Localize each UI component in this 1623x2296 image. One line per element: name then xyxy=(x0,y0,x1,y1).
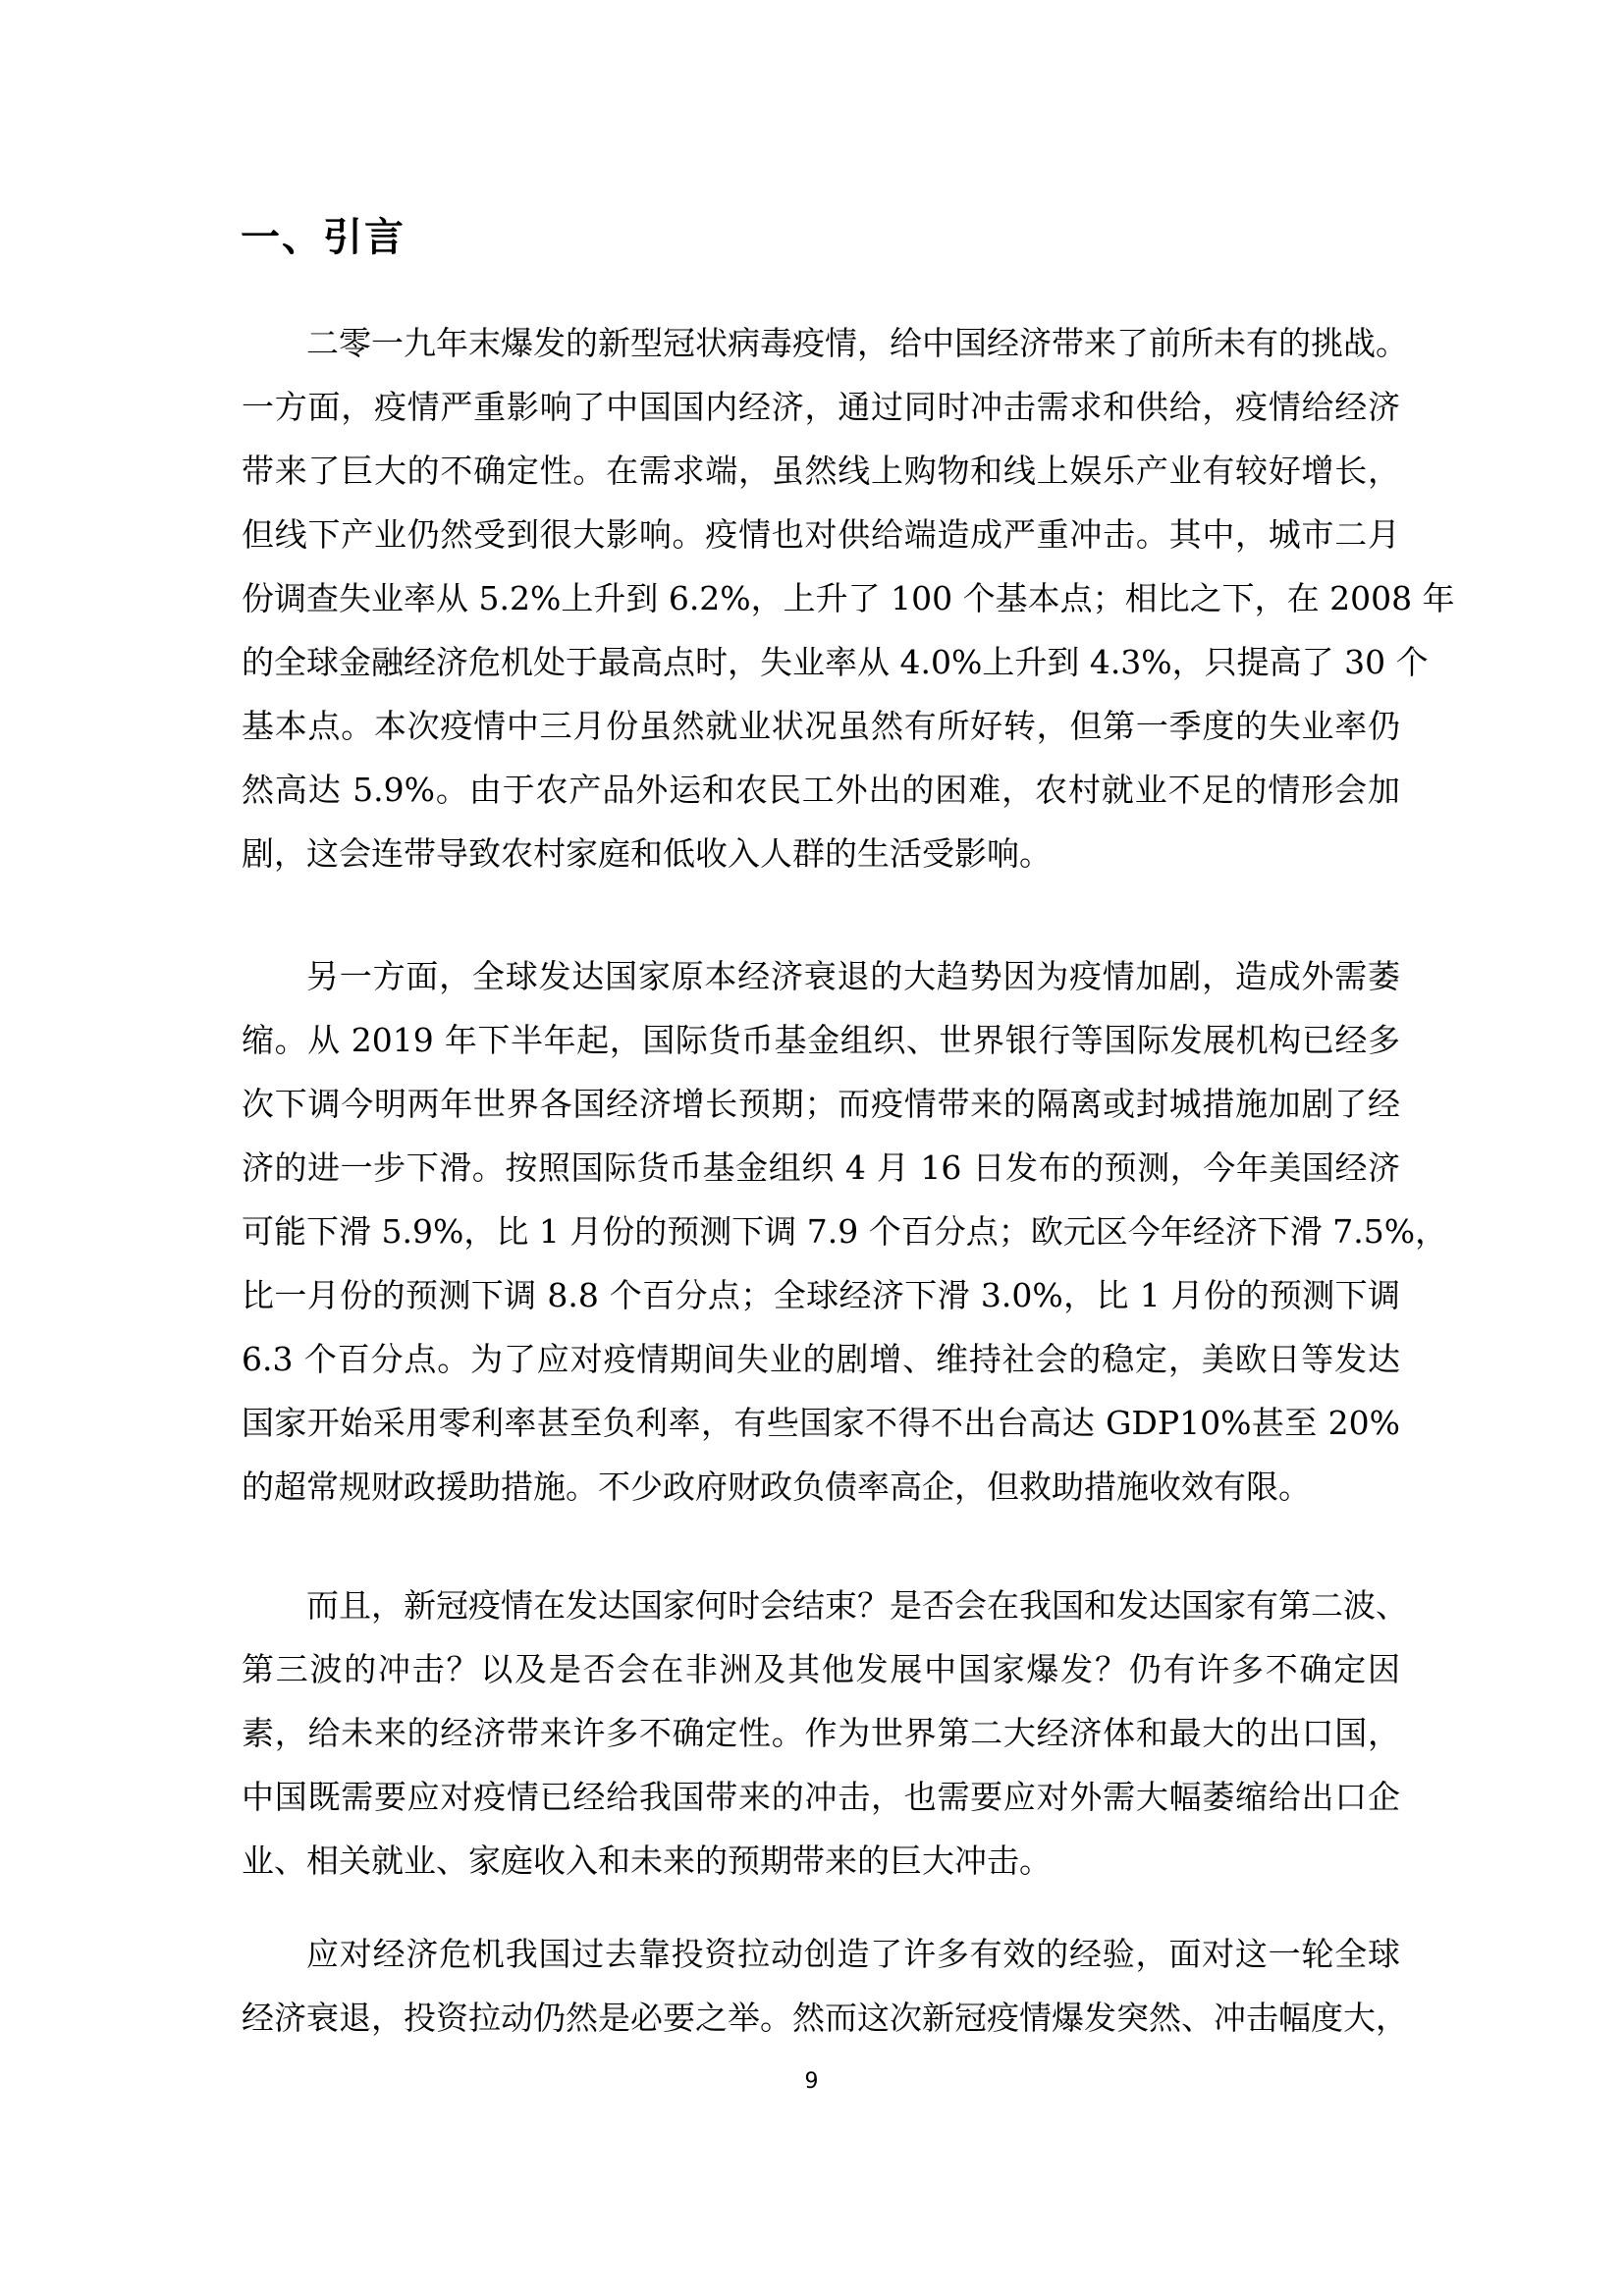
text-line: 比一月份的预测下调 8.8 个百分点；全球经济下滑 3.0%，比 1 月份的预测… xyxy=(242,1263,1400,1327)
text-line: 剧，这会连带导致农村家庭和低收入人群的生活受影响。 xyxy=(242,822,1400,885)
text-line: 济的进一步下滑。按照国际货币基金组织 4 月 16 日发布的预测，今年美国经济 xyxy=(242,1136,1400,1200)
text-line: 应对经济危机我国过去靠投资拉动创造了许多有效的经验，面对这一轮全球 xyxy=(242,1922,1400,1986)
text-line: 带来了巨大的不确定性。在需求端，虽然线上购物和线上娱乐产业有较好增长， xyxy=(242,439,1400,503)
text-line: 然高达 5.9%。由于农产品外运和农民工外出的困难，农村就业不足的情形会加 xyxy=(242,758,1400,822)
page-number: 9 xyxy=(0,2069,1623,2094)
paragraph-1: 二零一九年末爆发的新型冠状病毒疫情，给中国经济带来了前所未有的挑战。 一方面，疫… xyxy=(242,311,1400,885)
text-line: 可能下滑 5.9%，比 1 月份的预测下调 7.9 个百分点；欧元区今年经济下滑… xyxy=(242,1200,1400,1263)
text-line: 6.3 个百分点。为了应对疫情期间失业的剧增、维持社会的稳定，美欧日等发达 xyxy=(242,1327,1400,1391)
paragraph-4: 应对经济危机我国过去靠投资拉动创造了许多有效的经验，面对这一轮全球 经济衰退，投… xyxy=(242,1922,1400,2050)
text-line: 份调查失业率从 5.2%上升到 6.2%，上升了 100 个基本点；相比之下，在… xyxy=(242,566,1400,630)
text-line: 第三波的冲击？以及是否会在非洲及其他发展中国家爆发？仍有许多不确定因 xyxy=(242,1637,1400,1701)
text-line: 另一方面，全球发达国家原本经济衰退的大趋势因为疫情加剧，造成外需萎 xyxy=(242,944,1400,1008)
text-line: 而且，新冠疫情在发达国家何时会结束？是否会在我国和发达国家有第二波、 xyxy=(242,1574,1400,1637)
document-page: 一、引言 二零一九年末爆发的新型冠状病毒疫情，给中国经济带来了前所未有的挑战。 … xyxy=(0,0,1623,2296)
text-line: 缩。从 2019 年下半年起，国际货币基金组织、世界银行等国际发展机构已经多 xyxy=(242,1008,1400,1072)
paragraph-3: 而且，新冠疫情在发达国家何时会结束？是否会在我国和发达国家有第二波、 第三波的冲… xyxy=(242,1574,1400,1893)
text-line: 的超常规财政援助措施。不少政府财政负债率高企，但救助措施收效有限。 xyxy=(242,1455,1400,1519)
text-line: 业、相关就业、家庭收入和未来的预期带来的巨大冲击。 xyxy=(242,1829,1400,1893)
section-heading: 一、引言 xyxy=(241,208,406,267)
text-line: 基本点。本次疫情中三月份虽然就业状况虽然有所好转，但第一季度的失业率仍 xyxy=(242,694,1400,758)
text-line: 一方面，疫情严重影响了中国国内经济，通过同时冲击需求和供给，疫情给经济 xyxy=(242,375,1400,439)
text-line: 经济衰退，投资拉动仍然是必要之举。然而这次新冠疫情爆发突然、冲击幅度大， xyxy=(242,1986,1400,2050)
text-line: 中国既需要应对疫情已经给我国带来的冲击，也需要应对外需大幅萎缩给出口企 xyxy=(242,1765,1400,1829)
text-line: 国家开始采用零利率甚至负利率，有些国家不得不出台高达 GDP10%甚至 20% xyxy=(242,1391,1400,1455)
text-line: 次下调今明两年世界各国经济增长预期；而疫情带来的隔离或封城措施加剧了经 xyxy=(242,1072,1400,1136)
text-line: 的全球金融经济危机处于最高点时，失业率从 4.0%上升到 4.3%，只提高了 3… xyxy=(242,630,1400,694)
text-line: 素，给未来的经济带来许多不确定性。作为世界第二大经济体和最大的出口国， xyxy=(242,1701,1400,1765)
text-line: 但线下产业仍然受到很大影响。疫情也对供给端造成严重冲击。其中，城市二月 xyxy=(242,503,1400,566)
text-line: 二零一九年末爆发的新型冠状病毒疫情，给中国经济带来了前所未有的挑战。 xyxy=(242,311,1400,375)
paragraph-2: 另一方面，全球发达国家原本经济衰退的大趋势因为疫情加剧，造成外需萎 缩。从 20… xyxy=(242,944,1400,1519)
